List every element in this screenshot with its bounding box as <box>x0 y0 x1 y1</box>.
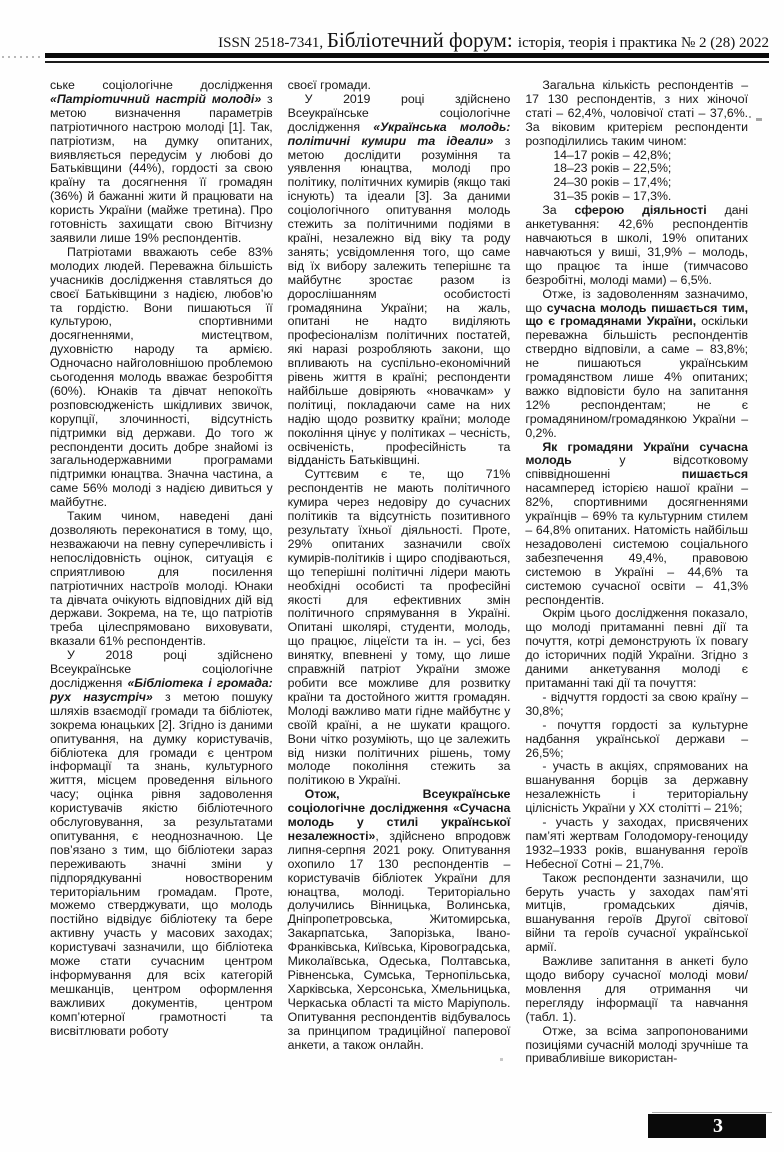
body-text: оскільки переважна більшість респонденті… <box>525 314 748 439</box>
issn-text: ISSN 2518-7341, <box>218 35 327 51</box>
body-text: 24–30 років – 17,4%; <box>553 175 671 189</box>
stat-list-item: 18–23 років – 22,5%; <box>525 162 748 176</box>
article-columns: ське соціологічне дослідження «Патріотич… <box>50 79 748 1066</box>
body-text: Важливе запитання в анкеті було щодо виб… <box>525 954 748 1024</box>
footer-rule <box>652 1112 772 1113</box>
emphasis-bold-text: пишається <box>682 467 748 481</box>
body-text: , здійснено впродовж липня-серпня 2021 р… <box>288 829 511 1052</box>
paragraph: Отже, із задоволенням зазначимо, що суча… <box>525 288 748 441</box>
paragraph: Також респонденти зазначили, що беруть у… <box>525 872 748 955</box>
body-text: з метою визначення параметрів патріотичн… <box>50 92 273 245</box>
body-text: Також респонденти зазначили, що беруть у… <box>525 871 748 955</box>
body-text: Загальна кількість респондентів – 17 130… <box>525 78 748 148</box>
paragraph: Окрім цього дослідження показало, що мол… <box>525 607 748 690</box>
body-text: - участь у заходах, присвячених пам’яті … <box>525 815 748 871</box>
paragraph: У 2018 році здійснено Всеукраїнське соці… <box>50 649 273 1038</box>
scan-edge-artifact <box>2 56 42 58</box>
text-column-3: Загальна кількість респондентів – 17 130… <box>525 79 748 1066</box>
body-text: - почуття гордості за культурне надбання… <box>525 718 748 760</box>
body-text: 14–17 років – 42,8%; <box>553 148 671 162</box>
body-text: насамперед історією нашої країни – 82%, … <box>525 481 748 606</box>
paragraph: - участь у заходах, присвячених пам’яті … <box>525 816 748 872</box>
paragraph: Загальна кількість респондентів – 17 130… <box>525 79 748 149</box>
body-text: Отже, за всіма запропонованими позиціями… <box>525 1024 748 1066</box>
body-text: з метою дослідити розуміння та уявлення … <box>288 134 511 468</box>
header-rule-thin <box>45 61 769 63</box>
body-text: своєї громади. <box>288 78 371 92</box>
journal-title: Бібліотечний форум: <box>327 28 518 52</box>
scan-speck <box>749 116 751 118</box>
paragraph: - участь в акціях, спрямованих на вшанув… <box>525 760 748 816</box>
body-text: 31–35 років – 17,3%. <box>553 189 671 203</box>
body-text: Таким чином, наведені дані дозволяють пе… <box>50 509 273 648</box>
body-text: 18–23 років – 22,5%; <box>553 161 671 175</box>
paragraph: У 2019 році здійснено Всеукраїнське соці… <box>288 93 511 468</box>
body-text: Патріотами вважають себе 83% молодих люд… <box>50 245 273 509</box>
body-text: Суттєвим є те, що 71% респондентів не ма… <box>288 467 511 787</box>
body-text: Окрім цього дослідження показало, що мол… <box>525 606 748 690</box>
body-text: За <box>542 203 574 217</box>
body-text: - відчуття гордості за свою країну – 30,… <box>525 690 748 718</box>
paragraph: Таким чином, наведені дані дозволяють пе… <box>50 510 273 649</box>
stat-list-item: 14–17 років – 42,8%; <box>525 149 748 163</box>
paragraph: Отже, за всіма запропонованими позиціями… <box>525 1025 748 1067</box>
paragraph: За сферою діяльності дані анкетування: 4… <box>525 204 748 287</box>
emphasis-bold-text: сферою діяльності <box>574 203 724 217</box>
header-rule-thick <box>45 53 769 58</box>
paragraph: ське соціологічне дослідження «Патріотич… <box>50 79 273 246</box>
paragraph: своєї громади. <box>288 79 511 93</box>
paragraph: Отож, Всеукраїнське соціологічне дослідж… <box>288 788 511 1052</box>
page-number-box: 3 <box>648 1114 766 1138</box>
body-text: з метою пошуку шляхів взаємодії громади … <box>50 690 273 1038</box>
body-text: - участь в акціях, спрямованих на вшанув… <box>525 759 748 815</box>
journal-header: ISSN 2518-7341, Бібліотечний форум: істо… <box>218 28 769 53</box>
scan-speck <box>756 118 762 121</box>
paragraph: - почуття гордості за культурне надбання… <box>525 719 748 761</box>
paragraph: Патріотами вважають себе 83% молодих люд… <box>50 246 273 510</box>
text-column-1: ське соціологічне дослідження «Патріотич… <box>50 79 273 1066</box>
paragraph: Важливе запитання в анкеті було щодо виб… <box>525 955 748 1025</box>
paragraph: - відчуття гордості за свою країну – 30,… <box>525 691 748 719</box>
paragraph: Як громадяни України сучасна молодь у ві… <box>525 441 748 608</box>
text-column-2: своєї громади.У 2019 році здійснено Всеу… <box>288 79 511 1066</box>
journal-subtitle: історія, теорія і практика № 2 (28) 2022 <box>518 35 769 51</box>
stat-list-item: 24–30 років – 17,4%; <box>525 176 748 190</box>
stat-list-item: 31–35 років – 17,3%. <box>525 190 748 204</box>
page-number: 3 <box>691 1116 723 1136</box>
scanned-page: ISSN 2518-7341, Бібліотечний форум: істо… <box>0 0 784 1152</box>
paragraph: Суттєвим є те, що 71% респондентів не ма… <box>288 468 511 788</box>
body-text: ське соціологічне дослідження <box>50 78 273 92</box>
emphasis-bold-italic-text: «Патріотичний настрій молоді» <box>50 92 267 106</box>
